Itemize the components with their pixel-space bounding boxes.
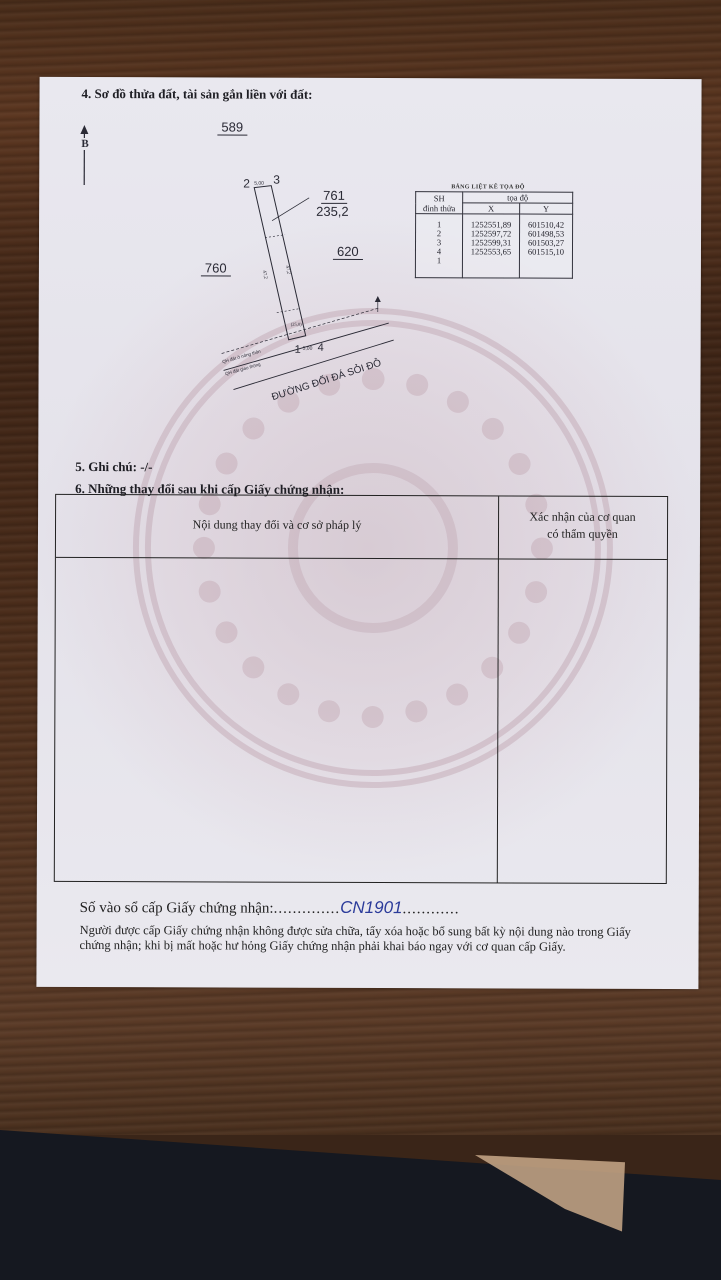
header-vertex: đỉnh thửa [423,203,455,213]
registry-dots-after: ............ [402,901,459,917]
header-change-content: Nội dung thay đổi và cơ sở pháp lý [56,517,498,534]
parcel-map-drawing: 47,2 47,2 (25,0) [188,167,419,408]
vertex-4-label: 4 [318,342,324,354]
north-arrow-icon [79,125,89,185]
section-5-heading: 5. Ghi chú: -/- [75,459,152,475]
vertex-2-label: 2 [243,177,250,191]
header-authority-confirmation: Xác nhận của cơ quan có thẩm quyền [498,508,667,543]
header-y: Y [520,203,573,214]
row-5-sh: 1 [420,256,458,265]
parcel-589-label: 589 [217,119,247,135]
section-4-heading: 4. Sơ đồ thửa đất, tài sản gắn liền với … [82,86,313,103]
header-authority-line1: Xác nhận của cơ quan [529,510,635,524]
top-edge-length: 5,00 [254,181,264,187]
vertex-1-label: 1 [295,344,301,356]
vertex-3-label: 3 [273,173,280,187]
row-4-y: 601515,10 [524,248,568,257]
header-authority-line2: có thẩm quyền [547,527,618,541]
svg-text:47,2: 47,2 [284,265,291,275]
coord-table-title: BẢNG LIỆT KÊ TỌA ĐỘ [451,184,525,190]
registry-number-line: Số vào sổ cấp Giấy chứng nhận:..........… [80,897,460,918]
row-4-x: 1252553,65 [467,247,515,256]
changes-table: Nội dung thay đổi và cơ sở pháp lý Xác n… [54,494,668,884]
registry-number-handwritten: CN1901 [340,898,402,917]
header-x: X [463,203,520,214]
land-certificate-page: 4. Sơ đồ thửa đất, tài sản gắn liền với … [36,77,701,989]
certificate-notice: Người được cấp Giấy chứng nhận không đượ… [80,923,660,955]
north-label: B [81,138,88,150]
coordinate-table: SH đỉnh thửa tọa độ X Y 1 2 3 4 1 125255… [415,191,573,279]
svg-text:47,2: 47,2 [261,270,268,280]
registry-label: Số vào sổ cấp Giấy chứng nhận: [80,900,274,917]
bottom-edge-length: 5,00 [303,346,313,352]
svg-text:(25,0): (25,0) [291,322,302,328]
header-divider [56,557,667,560]
registry-dots-before: .............. [274,901,341,917]
header-sh: SH [434,193,445,203]
header-coords: tọa độ [463,192,573,203]
column-divider [497,496,499,882]
